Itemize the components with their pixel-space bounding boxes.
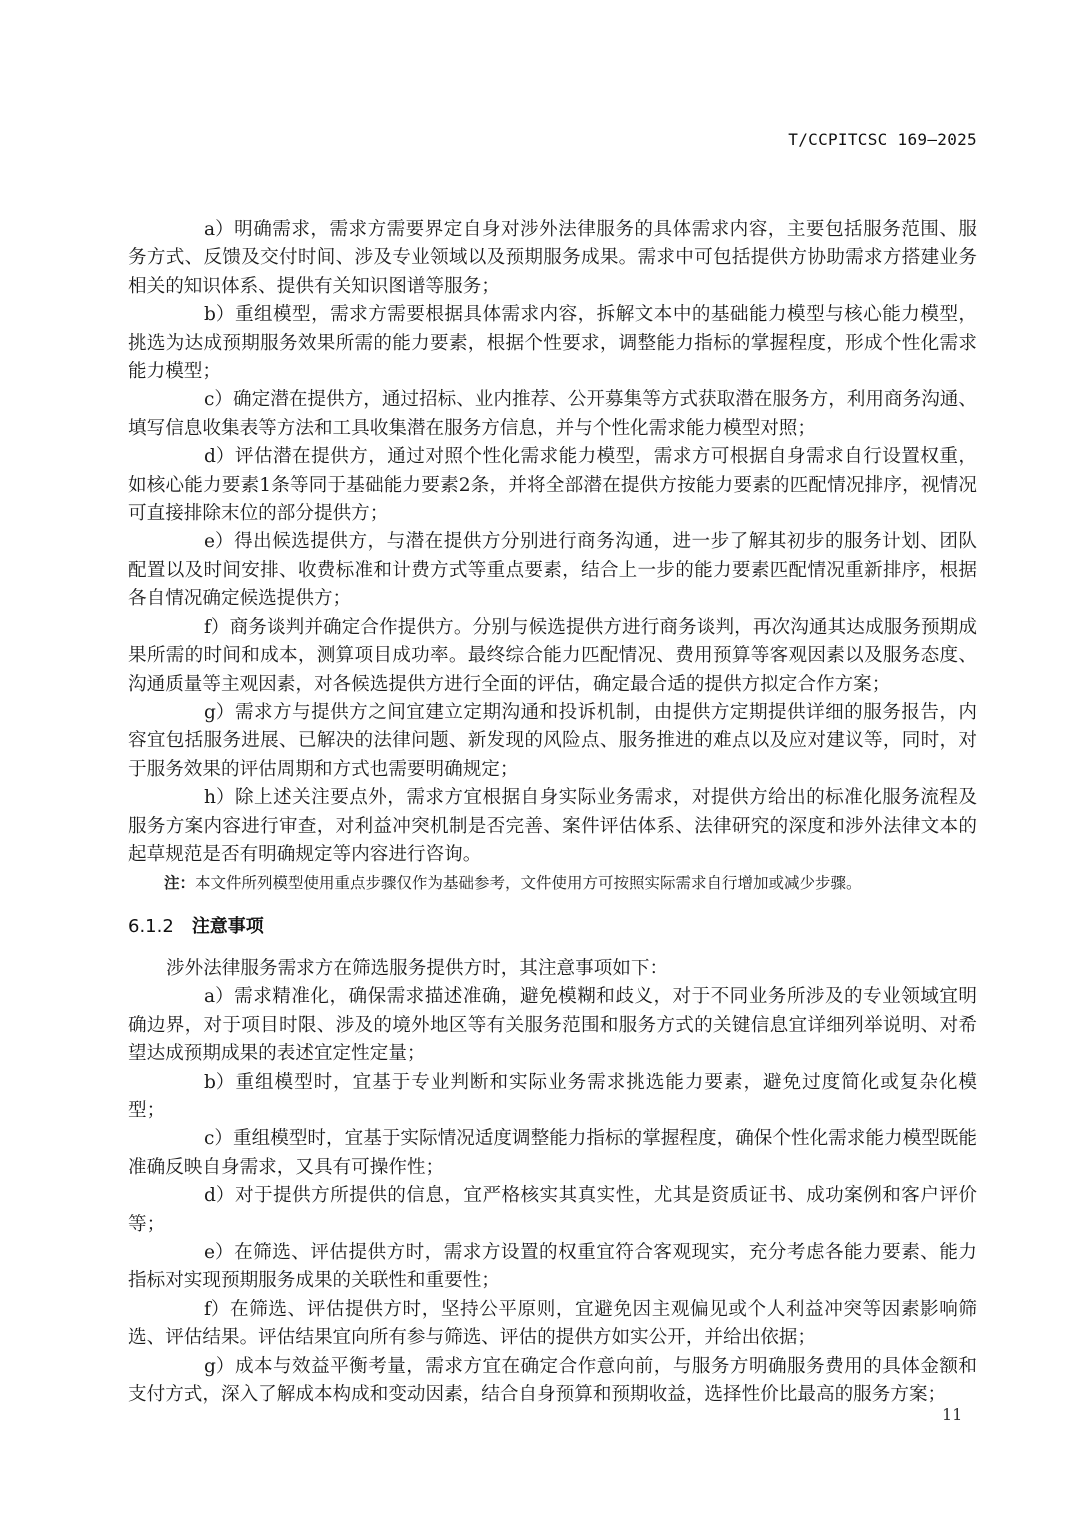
item-text: 除上述关注要点外，需求方宜根据自身实际业务需求，对提供方给出的标准化服务流程及服…: [128, 787, 977, 865]
item-label: b）: [166, 1069, 235, 1097]
list-item: a）需求精准化，确保需求描述准确，避免模糊和歧义，对于不同业务所涉及的专业领域宜…: [128, 983, 977, 1068]
item-text: 重组模型时，宜基于专业判断和实际业务需求挑选能力要素，避免过度简化或复杂化模型；: [128, 1072, 977, 1121]
document-code-header: T/CCPITCSC 169—2025: [788, 130, 977, 149]
item-text: 需求精准化，确保需求描述准确，避免模糊和歧义，对于不同业务所涉及的专业领域宜明确…: [128, 986, 977, 1064]
item-text: 评估潜在提供方，通过对照个性化需求能力模型，需求方可根据自身需求自行设置权重，如…: [128, 446, 977, 524]
item-text: 需求方与提供方之间宜建立定期沟通和投诉机制，由提供方定期提供详细的服务报告，内容…: [128, 702, 977, 780]
item-label: a）: [166, 983, 234, 1011]
steps-list: a）明确需求，需求方需要界定自身对涉外法律服务的具体需求内容，主要包括服务范围、…: [128, 216, 977, 869]
note-label: 注：: [164, 874, 195, 892]
item-label: g）: [166, 699, 235, 727]
item-text: 在筛选、评估提供方时，需求方设置的权重宜符合客观现实，充分考虑各能力要素、能力指…: [128, 1242, 977, 1291]
list-item: b）重组模型，需求方需要根据具体需求内容，拆解文本中的基础能力模型与核心能力模型…: [128, 301, 977, 386]
item-label: f）: [166, 1296, 229, 1324]
item-label: c）: [166, 1125, 233, 1153]
item-label: f）: [166, 614, 229, 642]
item-label: a）: [166, 216, 234, 244]
list-item: d）对于提供方所提供的信息，宜严格核实其真实性，尤其是资质证书、成功案例和客户评…: [128, 1182, 977, 1239]
item-text: 重组模型时，宜基于实际情况适度调整能力指标的掌握程度，确保个性化需求能力模型既能…: [128, 1128, 977, 1177]
item-text: 明确需求，需求方需要界定自身对涉外法律服务的具体需求内容，主要包括服务范围、服务…: [128, 219, 977, 297]
item-text: 重组模型，需求方需要根据具体需求内容，拆解文本中的基础能力模型与核心能力模型，挑…: [128, 304, 977, 382]
item-text: 得出候选提供方，与潜在提供方分别进行商务沟通，进一步了解其初步的服务计划、团队配…: [128, 531, 977, 609]
page-number: 11: [942, 1405, 962, 1424]
item-label: e）: [166, 1239, 234, 1267]
list-item: g）成本与效益平衡考量，需求方宜在确定合作意向前，与服务方明确服务费用的具体金额…: [128, 1353, 977, 1410]
note: 注：本文件所列模型使用重点步骤仅作为基础参考，文件使用方可按照实际需求自行增加或…: [164, 872, 984, 894]
item-text: 成本与效益平衡考量，需求方宜在确定合作意向前，与服务方明确服务费用的具体金额和支…: [128, 1356, 977, 1405]
section-heading: 6.1.2注意事项: [128, 912, 264, 938]
list-item: f）商务谈判并确定合作提供方。分别与候选提供方进行商务谈判，再次沟通其达成服务预…: [128, 614, 977, 699]
list-item: c）确定潜在提供方，通过招标、业内推荐、公开募集等方式获取潜在服务方，利用商务沟…: [128, 386, 977, 443]
item-text: 对于提供方所提供的信息，宜严格核实其真实性，尤其是资质证书、成功案例和客户评价等…: [128, 1185, 977, 1234]
list-item: b）重组模型时，宜基于专业判断和实际业务需求挑选能力要素，避免过度简化或复杂化模…: [128, 1069, 977, 1126]
item-label: h）: [166, 784, 235, 812]
list-item: f）在筛选、评估提供方时，坚持公平原则，宜避免因主观偏见或个人利益冲突等因素影响…: [128, 1296, 977, 1353]
list-item: e）得出候选提供方，与潜在提供方分别进行商务沟通，进一步了解其初步的服务计划、团…: [128, 528, 977, 613]
item-label: d）: [166, 1182, 235, 1210]
item-label: b）: [166, 301, 235, 329]
section-number: 6.1.2: [128, 916, 174, 937]
item-text: 确定潜在提供方，通过招标、业内推荐、公开募集等方式获取潜在服务方，利用商务沟通、…: [128, 389, 977, 438]
document-page: T/CCPITCSC 169—2025 a）明确需求，需求方需要界定自身对涉外法…: [0, 0, 1080, 1527]
list-item: g）需求方与提供方之间宜建立定期沟通和投诉机制，由提供方定期提供详细的服务报告，…: [128, 699, 977, 784]
list-item: h）除上述关注要点外，需求方宜根据自身实际业务需求，对提供方给出的标准化服务流程…: [128, 784, 977, 869]
list-item: d）评估潜在提供方，通过对照个性化需求能力模型，需求方可根据自身需求自行设置权重…: [128, 443, 977, 528]
item-label: c）: [166, 386, 233, 414]
item-label: d）: [166, 443, 235, 471]
list-item: e）在筛选、评估提供方时，需求方设置的权重宜符合客观现实，充分考虑各能力要素、能…: [128, 1239, 977, 1296]
list-item: c）重组模型时，宜基于实际情况适度调整能力指标的掌握程度，确保个性化需求能力模型…: [128, 1125, 977, 1182]
item-label: e）: [166, 528, 234, 556]
item-text: 商务谈判并确定合作提供方。分别与候选提供方进行商务谈判，再次沟通其达成服务预期成…: [128, 617, 977, 695]
section-title: 注意事项: [192, 916, 264, 937]
precautions-list: 涉外法律服务需求方在筛选服务提供方时，其注意事项如下： a）需求精准化，确保需求…: [128, 955, 977, 1410]
item-text: 在筛选、评估提供方时，坚持公平原则，宜避免因主观偏见或个人利益冲突等因素影响筛选…: [128, 1299, 977, 1348]
item-label: g）: [166, 1353, 235, 1381]
section-intro: 涉外法律服务需求方在筛选服务提供方时，其注意事项如下：: [128, 955, 977, 983]
list-item: a）明确需求，需求方需要界定自身对涉外法律服务的具体需求内容，主要包括服务范围、…: [128, 216, 977, 301]
note-text: 本文件所列模型使用重点步骤仅作为基础参考，文件使用方可按照实际需求自行增加或减少…: [195, 874, 862, 892]
